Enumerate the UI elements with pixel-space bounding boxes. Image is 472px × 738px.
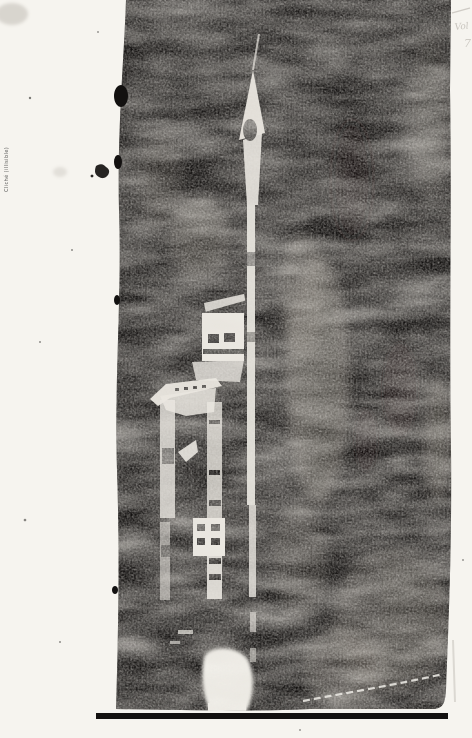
edge-ink-blob [114, 295, 120, 305]
paper-speck [29, 97, 31, 99]
hillside-texture-group [100, 0, 472, 738]
paper-smudge [53, 167, 67, 177]
paper-speck [97, 31, 99, 33]
ink-splatter-dot [91, 175, 94, 178]
handwriting-number: 7 [464, 37, 471, 50]
paper-speck [462, 559, 464, 561]
paper-speck [24, 519, 27, 522]
edge-ink-blob [114, 155, 122, 169]
handwriting-word: Vol [454, 22, 469, 33]
paper-speck [39, 341, 41, 343]
paper-speck [299, 729, 301, 731]
photo-grain-texture [100, 0, 472, 738]
edge-ink-blob [112, 586, 118, 594]
credit-text: Cliché (illisible) [3, 147, 10, 192]
paper-speck [71, 249, 73, 251]
edge-ink-blob [114, 85, 128, 107]
photo-bottom-border [96, 713, 448, 719]
postcard-scan-canvas: Cliché (illisible) Vol 7 [0, 0, 472, 738]
paper-speck [59, 641, 61, 643]
scanned-postcard-page: Cliché (illisible) Vol 7 [0, 0, 472, 738]
